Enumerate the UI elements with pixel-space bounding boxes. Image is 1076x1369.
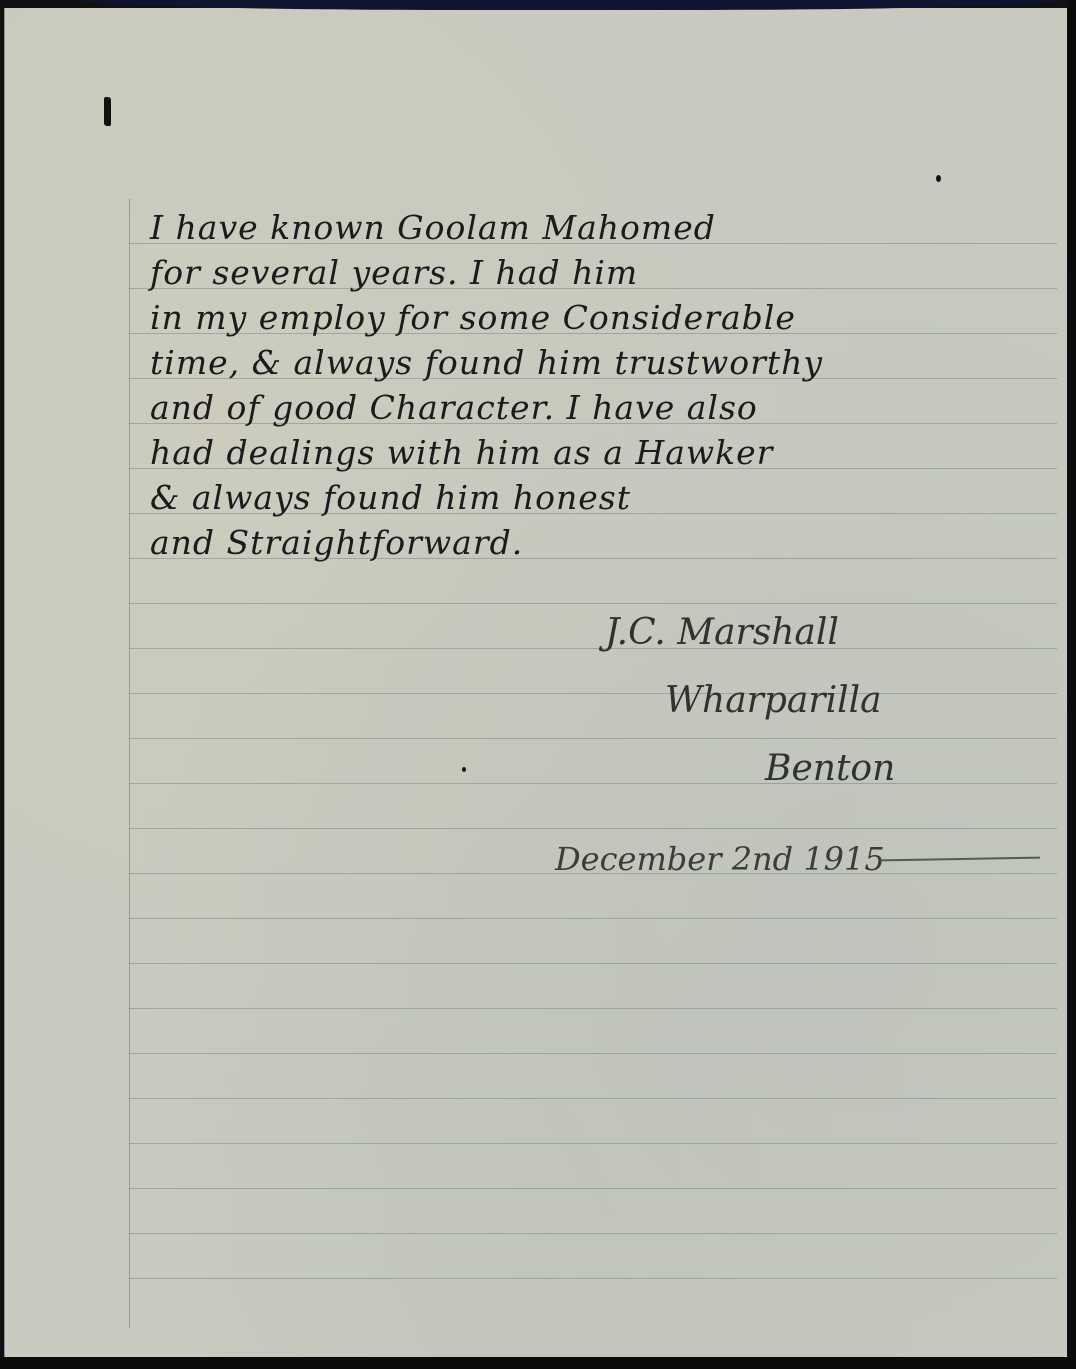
letter-line: for several years. I had him [150, 250, 1050, 295]
signature-place-line1: Wharparilla [665, 680, 882, 721]
ink-blot-mark [104, 97, 111, 126]
right-scan-edge [1068, 0, 1076, 1369]
letter-line: and of good Character. I have also [150, 385, 1050, 430]
signature-place-line2: Benton [765, 748, 895, 789]
letter-line: time, & always found him trustworthy [150, 340, 1050, 385]
letter-date: December 2nd 1915 [555, 840, 885, 878]
letter-body: I have known Goolam Mahomed for several … [150, 205, 1050, 565]
ink-dot [936, 175, 941, 182]
letter-line: in my employ for some Considerable [150, 295, 1050, 340]
letter-line: and Straightforward. [150, 520, 1050, 565]
scanned-document: I have known Goolam Mahomed for several … [0, 0, 1076, 1369]
signature-name: J.C. Marshall [605, 612, 839, 653]
ink-dot [462, 767, 466, 772]
bottom-scan-edge [0, 1357, 1076, 1369]
margin-line [129, 199, 130, 1328]
letter-line: & always found him honest [150, 475, 1050, 520]
letter-line: I have known Goolam Mahomed [150, 205, 1050, 250]
letter-line: had dealings with him as a Hawker [150, 430, 1050, 475]
